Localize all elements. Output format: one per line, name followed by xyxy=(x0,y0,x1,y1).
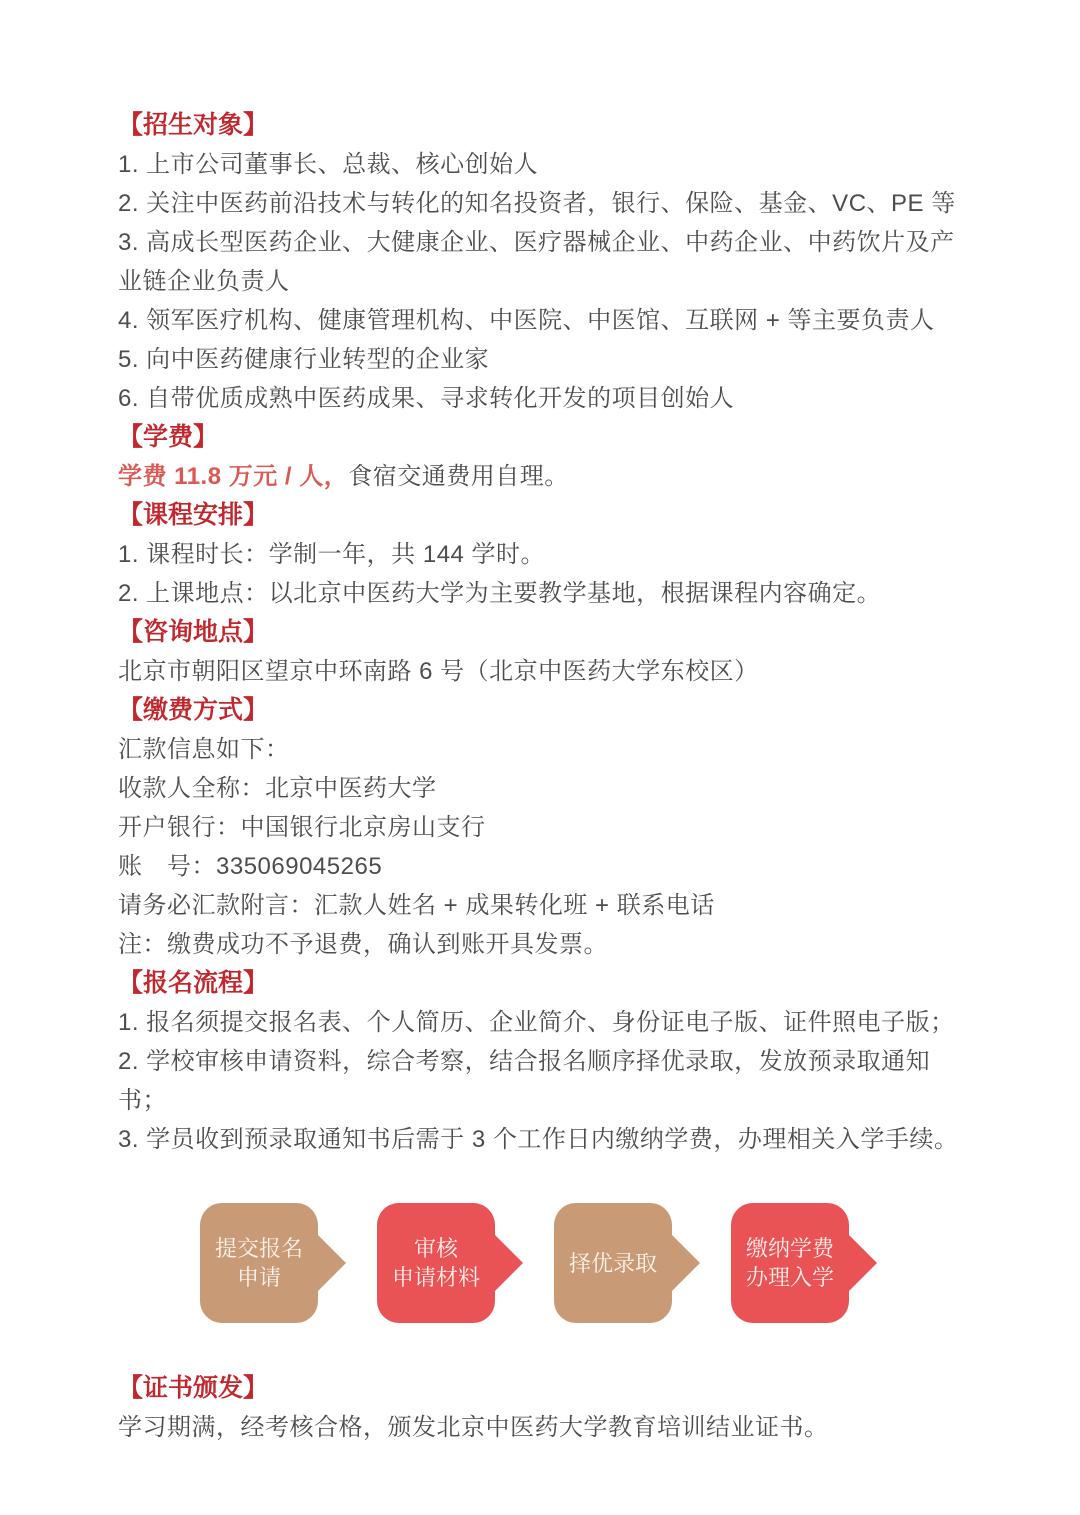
flow-step-submit-application: 提交报名 申请 xyxy=(200,1203,318,1323)
registration-item: 1. 报名须提交报名表、个人简历、企业简介、身份证电子版、证件照电子版； xyxy=(118,1003,968,1042)
registration-item: 2. 学校审核申请资料，综合考察，结合报名顺序择优录取，发放预录取通知书； xyxy=(118,1042,968,1120)
registration-item: 3. 学员收到预录取通知书后需于 3 个工作日内缴纳学费，办理相关入学手续。 xyxy=(118,1120,968,1159)
tuition-heading: 【学费】 xyxy=(118,418,968,457)
enrollment-item: 5. 向中医药健康行业转型的企业家 xyxy=(118,340,968,379)
arrow-right-icon xyxy=(492,1232,523,1294)
section-certificate: 【证书颁发】 学习期满，经考核合格，颁发北京中医药大学教育培训结业证书。 xyxy=(118,1369,968,1447)
section-schedule: 【课程安排】 1. 课程时长：学制一年，共 144 学时。 2. 上课地点：以北… xyxy=(118,496,968,613)
enrollment-item: 6. 自带优质成熟中医药成果、寻求转化开发的项目创始人 xyxy=(118,379,968,418)
payment-bank: 开户银行：中国银行北京房山支行 xyxy=(118,808,968,847)
flow-step-pay-tuition-enroll: 缴纳学费 办理入学 xyxy=(731,1203,849,1323)
registration-flow-diagram: 提交报名 申请 审核 申请材料 择优录取 缴纳学费 办理入学 xyxy=(200,1203,968,1323)
registration-heading: 【报名流程】 xyxy=(118,964,968,1003)
payment-memo: 请务必汇款附言：汇款人姓名 + 成果转化班 + 联系电话 xyxy=(118,886,968,925)
schedule-item: 2. 上课地点：以北京中医药大学为主要教学基地，根据课程内容确定。 xyxy=(118,574,968,613)
section-location: 【咨询地点】 北京市朝阳区望京中环南路 6 号（北京中医药大学东校区） xyxy=(118,613,968,691)
section-registration: 【报名流程】 1. 报名须提交报名表、个人简历、企业简介、身份证电子版、证件照电… xyxy=(118,964,968,1323)
schedule-heading: 【课程安排】 xyxy=(118,496,968,535)
document-page: 【招生对象】 1. 上市公司董事长、总裁、核心创始人 2. 关注中医药前沿技术与… xyxy=(0,0,1080,1515)
enrollment-heading: 【招生对象】 xyxy=(118,106,968,145)
section-enrollment: 【招生对象】 1. 上市公司董事长、总裁、核心创始人 2. 关注中医药前沿技术与… xyxy=(118,106,968,418)
location-address: 北京市朝阳区望京中环南路 6 号（北京中医药大学东校区） xyxy=(118,652,968,691)
tuition-line: 学费 11.8 万元 / 人，食宿交通费用自理。 xyxy=(118,457,968,496)
flow-step-label: 提交报名 申请 xyxy=(215,1234,303,1292)
tuition-amount: 学费 11.8 万元 / 人， xyxy=(118,463,348,490)
arrow-right-icon xyxy=(315,1232,346,1294)
section-tuition: 【学费】 学费 11.8 万元 / 人，食宿交通费用自理。 xyxy=(118,418,968,496)
tuition-note: 食宿交通费用自理。 xyxy=(348,463,569,490)
arrow-right-icon xyxy=(669,1232,700,1294)
flow-step-label: 审核 申请材料 xyxy=(392,1234,480,1292)
section-payment: 【缴费方式】 汇款信息如下： 收款人全称：北京中医药大学 开户银行：中国银行北京… xyxy=(118,691,968,964)
flow-step-label: 缴纳学费 办理入学 xyxy=(746,1234,834,1292)
enrollment-item: 4. 领军医疗机构、健康管理机构、中医院、中医馆、互联网 + 等主要负责人 xyxy=(118,301,968,340)
flow-step-review-materials: 审核 申请材料 xyxy=(377,1203,495,1323)
enrollment-item: 2. 关注中医药前沿技术与转化的知名投资者，银行、保险、基金、VC、PE 等 xyxy=(118,184,968,223)
certificate-text: 学习期满，经考核合格，颁发北京中医药大学教育培训结业证书。 xyxy=(118,1408,968,1447)
enrollment-item: 3. 高成长型医药企业、大健康企业、医疗器械企业、中药企业、中药饮片及产业链企业… xyxy=(118,223,968,301)
payment-payee: 收款人全称：北京中医药大学 xyxy=(118,769,968,808)
arrow-right-icon xyxy=(846,1232,877,1294)
payment-line: 汇款信息如下： xyxy=(118,730,968,769)
enrollment-item: 1. 上市公司董事长、总裁、核心创始人 xyxy=(118,145,968,184)
schedule-item: 1. 课程时长：学制一年，共 144 学时。 xyxy=(118,535,968,574)
payment-note: 注：缴费成功不予退费，确认到账开具发票。 xyxy=(118,925,968,964)
flow-step-merit-admission: 择优录取 xyxy=(554,1203,672,1323)
location-heading: 【咨询地点】 xyxy=(118,613,968,652)
payment-account-number: 账 号：335069045265 xyxy=(118,847,968,886)
certificate-heading: 【证书颁发】 xyxy=(118,1369,968,1408)
flow-step-label: 择优录取 xyxy=(569,1249,657,1278)
payment-heading: 【缴费方式】 xyxy=(118,691,968,730)
